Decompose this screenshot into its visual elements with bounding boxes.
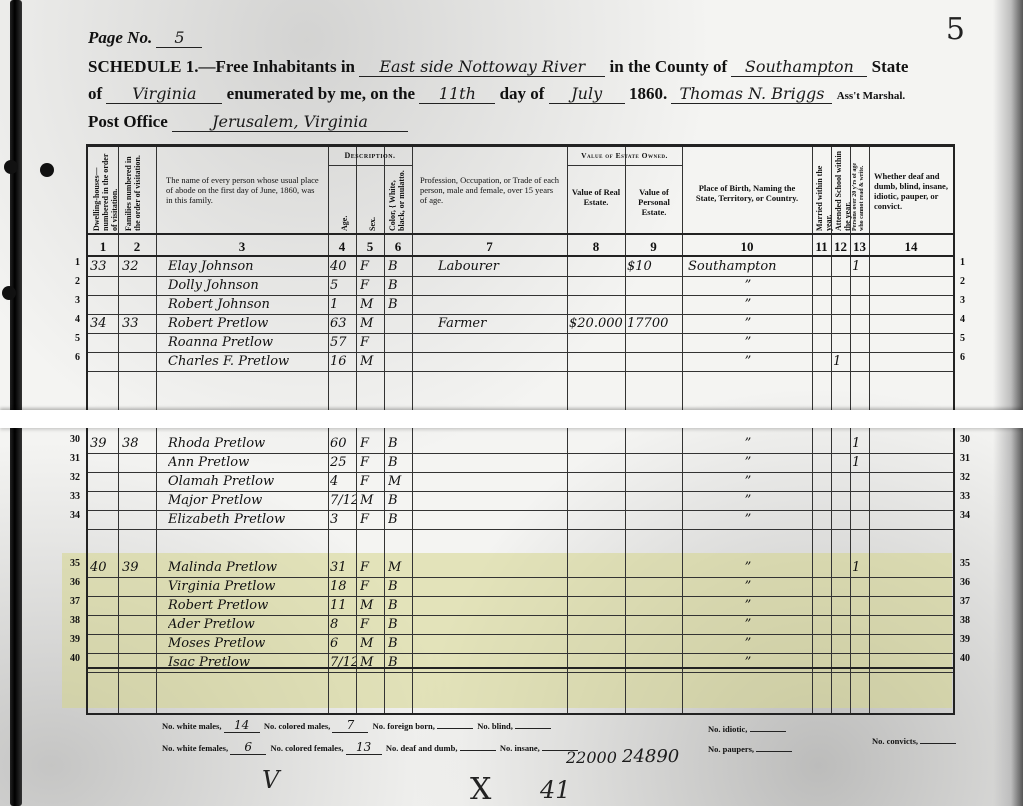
age-value: 7/12 (330, 653, 356, 672)
convicts-value (920, 743, 956, 744)
personal-estate-value (627, 276, 682, 295)
occupation-value (438, 558, 563, 577)
color-value: B (388, 596, 410, 615)
state-label: State (872, 57, 909, 76)
personal-estate-total: 24890 (622, 746, 679, 767)
paupers-line: No. paupers, (708, 744, 792, 754)
real-estate-value (569, 333, 625, 352)
header-family: Families numbered in the order of visita… (124, 153, 152, 231)
cannot-read-value (852, 577, 868, 596)
line-number-left: 4 (60, 314, 80, 325)
line-number-left: 31 (60, 453, 80, 464)
cannot-read-value (852, 276, 868, 295)
line-number-left: 6 (60, 352, 80, 363)
person-name: Virginia Pretlow (168, 577, 326, 596)
table-row: Olamah Pretlow4FM” (88, 472, 953, 491)
real-estate-value (569, 276, 625, 295)
dwelling-number (90, 653, 116, 672)
age-value: 31 (330, 558, 356, 577)
dwelling-number (90, 491, 116, 510)
color-value: B (388, 295, 410, 314)
birthplace-value: ” (688, 295, 808, 314)
deaf-blind-value (872, 472, 952, 491)
sex-value: M (360, 352, 382, 371)
age-value: 18 (330, 577, 356, 596)
personal-estate-value: 17700 (627, 314, 682, 333)
personal-estate-value (627, 434, 682, 453)
header-occupation: Profession, Occupation, or Trade of each… (420, 175, 562, 205)
corner-page-number: 5 (946, 12, 965, 47)
age-value: 7/12 (330, 491, 356, 510)
dwelling-number: 34 (90, 314, 116, 333)
married-value (814, 653, 830, 672)
personal-estate-value (627, 352, 682, 371)
table-row: Virginia Pretlow18FB” (88, 577, 953, 596)
color-value: B (388, 434, 410, 453)
line-number-left: 33 (60, 491, 80, 502)
color-value: M (388, 558, 410, 577)
sex-value: F (360, 434, 382, 453)
header-name: The name of every person whose usual pla… (166, 175, 321, 205)
age-value: 25 (330, 453, 356, 472)
cannot-read-value (852, 596, 868, 615)
personal-estate-value (627, 295, 682, 314)
married-value (814, 634, 830, 653)
age-value: 6 (330, 634, 356, 653)
header-birthplace: Place of Birth, Naming the State, Territ… (688, 183, 806, 203)
color-value (388, 314, 410, 333)
occupation-value: Farmer (438, 314, 563, 333)
table-row: Dolly Johnson5FB” (88, 276, 953, 295)
column-number: 2 (118, 239, 156, 255)
birthplace-value: ” (688, 634, 808, 653)
occupation-value (438, 653, 563, 672)
person-name: Olamah Pretlow (168, 472, 326, 491)
occupation-value: Labourer (438, 257, 563, 276)
cannot-read-value (852, 653, 868, 672)
margin-check-mark: V (262, 766, 279, 794)
column-number: 1 (88, 239, 118, 255)
color-value: M (388, 472, 410, 491)
occupation-value (438, 615, 563, 634)
married-value (814, 257, 830, 276)
line-number-left: 38 (60, 615, 80, 626)
header-cannot-read: Persons over 20 y'rs of age who cannot r… (852, 151, 868, 231)
table-row: Major Pretlow7/12MB” (88, 491, 953, 510)
school-value (833, 314, 849, 333)
cannot-read-value: 1 (852, 453, 868, 472)
sex-value: F (360, 577, 382, 596)
page-no-label: Page No. (88, 28, 152, 47)
post-office-value: Jerusalem, Virginia (172, 112, 408, 132)
idiotic-value (750, 731, 786, 732)
day-of-label: day of (500, 84, 545, 103)
line-number-right: 40 (960, 653, 980, 664)
paupers-value (756, 751, 792, 752)
real-estate-value (569, 653, 625, 672)
white-females-value: 6 (230, 740, 266, 755)
occupation-value (438, 352, 563, 371)
family-number (122, 653, 154, 672)
column-number: 7 (412, 239, 567, 255)
schedule-label: SCHEDULE 1.—Free Inhabitants in (88, 57, 355, 76)
line-number-left: 30 (60, 434, 80, 445)
convicts-line: No. convicts, (872, 736, 956, 746)
sex-value: F (360, 333, 382, 352)
line-number-right: 32 (960, 472, 980, 483)
birthplace-value: ” (688, 352, 808, 371)
person-name: Robert Pretlow (168, 314, 326, 333)
footer-line-2: No. white females, 6 No. colored females… (162, 740, 578, 755)
sex-value: M (360, 634, 382, 653)
birthplace-value: ” (688, 434, 808, 453)
column-number: 13 (850, 239, 869, 255)
married-value (814, 558, 830, 577)
family-number (122, 634, 154, 653)
school-value: 1 (833, 352, 849, 371)
occupation-value (438, 491, 563, 510)
school-value (833, 491, 849, 510)
header-married: Married within the year. (815, 151, 829, 231)
white-males-value: 14 (224, 718, 260, 733)
personal-estate-value (627, 558, 682, 577)
enumeration-line: of Virginia enumerated by me, on the 11t… (88, 84, 905, 104)
idiotic-line: No. idiotic, (708, 724, 786, 734)
deaf-blind-value (872, 510, 952, 529)
schedule-line: SCHEDULE 1.—Free Inhabitants in East sid… (88, 57, 908, 77)
person-name: Rhoda Pretlow (168, 434, 326, 453)
birthplace-value: ” (688, 276, 808, 295)
punch-hole (40, 163, 54, 177)
person-name: Elizabeth Pretlow (168, 510, 326, 529)
family-number (122, 333, 154, 352)
school-value (833, 577, 849, 596)
family-number (122, 295, 154, 314)
birthplace-value: ” (688, 491, 808, 510)
deaf-blind-value (872, 257, 952, 276)
occupation-value (438, 276, 563, 295)
color-value: B (388, 276, 410, 295)
family-number (122, 453, 154, 472)
sex-value: F (360, 558, 382, 577)
header-real-estate: Value of Real Estate. (570, 187, 622, 207)
sex-value: M (360, 314, 382, 333)
page-number-line: Page No. 5 (88, 28, 202, 48)
cannot-read-value (852, 634, 868, 653)
dwelling-number (90, 615, 116, 634)
occupation-value (438, 510, 563, 529)
column-number: 5 (356, 239, 384, 255)
married-value (814, 295, 830, 314)
birthplace-value: ” (688, 314, 808, 333)
school-value (833, 558, 849, 577)
married-value (814, 276, 830, 295)
personal-estate-value (627, 472, 682, 491)
marshal-name: Thomas N. Briggs (671, 84, 832, 104)
table-row: Elizabeth Pretlow3FB” (88, 510, 953, 529)
margin-tally-mark: 41 (540, 776, 571, 804)
person-name: Ader Pretlow (168, 615, 326, 634)
table-row: Roanna Pretlow57F” (88, 333, 953, 352)
header-deaf-blind: Whether deaf and dumb, blind, insane, id… (874, 171, 950, 211)
age-value: 4 (330, 472, 356, 491)
age-value: 40 (330, 257, 356, 276)
line-number-right: 5 (960, 333, 980, 344)
real-estate-value (569, 257, 625, 276)
line-number-right: 30 (960, 434, 980, 445)
column-number: 8 (567, 239, 625, 255)
person-name: Elay Johnson (168, 257, 326, 276)
person-name: Dolly Johnson (168, 276, 326, 295)
person-name: Robert Johnson (168, 295, 326, 314)
real-estate-value (569, 295, 625, 314)
line-number-right: 31 (960, 453, 980, 464)
month-value: July (549, 84, 625, 104)
cannot-read-value (852, 472, 868, 491)
column-number: 3 (156, 239, 328, 255)
real-estate-value (569, 634, 625, 653)
punch-hole (2, 286, 16, 300)
school-value (833, 634, 849, 653)
school-value (833, 615, 849, 634)
family-number (122, 577, 154, 596)
school-value (833, 295, 849, 314)
line-number-right: 37 (960, 596, 980, 607)
dwelling-number (90, 333, 116, 352)
header-school: Attended School within the year. (834, 151, 848, 231)
table-row: Ader Pretlow8FB” (88, 615, 953, 634)
real-estate-value (569, 577, 625, 596)
deaf-blind-value (872, 352, 952, 371)
school-value (833, 257, 849, 276)
census-table: Dwelling-houses—numbered in the order of… (86, 144, 955, 715)
header-age: Age. (340, 209, 349, 231)
cannot-read-value (852, 352, 868, 371)
year-value: 1860. (629, 84, 667, 103)
column-number: 10 (682, 239, 812, 255)
married-value (814, 615, 830, 634)
dwelling-number (90, 472, 116, 491)
real-estate-value (569, 558, 625, 577)
cannot-read-value (852, 295, 868, 314)
real-estate-total: 22000 (566, 748, 617, 767)
line-number-left: 5 (60, 333, 80, 344)
column-number: 6 (384, 239, 412, 255)
married-value (814, 314, 830, 333)
married-value (814, 352, 830, 371)
margin-x-mark: X (470, 772, 491, 806)
line-number-left: 36 (60, 577, 80, 588)
header-dwelling: Dwelling-houses—numbered in the order of… (92, 153, 116, 231)
birthplace-value: ” (688, 510, 808, 529)
dwelling-number (90, 276, 116, 295)
line-number-right: 6 (960, 352, 980, 363)
sex-value: F (360, 615, 382, 634)
cannot-read-value (852, 314, 868, 333)
line-number-right: 34 (960, 510, 980, 521)
state-value: Virginia (106, 84, 222, 104)
married-value (814, 453, 830, 472)
page-edge (993, 0, 1023, 806)
color-value: B (388, 634, 410, 653)
age-value: 63 (330, 314, 356, 333)
deaf-blind-value (872, 491, 952, 510)
personal-estate-value (627, 596, 682, 615)
header-color: Color, { White, black, or mulatto. (388, 169, 410, 231)
color-value: B (388, 653, 410, 672)
line-number-right: 4 (960, 314, 980, 325)
married-value (814, 434, 830, 453)
line-number-right: 39 (960, 634, 980, 645)
county-value: Southampton (731, 57, 867, 77)
color-value (388, 352, 410, 371)
cannot-read-value (852, 333, 868, 352)
deaf-blind-value (872, 653, 952, 672)
person-name: Moses Pretlow (168, 634, 326, 653)
deaf-blind-value (872, 453, 952, 472)
age-value: 3 (330, 510, 356, 529)
cannot-read-value: 1 (852, 257, 868, 276)
footer-line-1: No. white males, 14 No. colored males, 7… (162, 718, 551, 733)
dwelling-number (90, 453, 116, 472)
column-number: 12 (831, 239, 850, 255)
age-value: 8 (330, 615, 356, 634)
line-number-left: 35 (60, 558, 80, 569)
post-office-label: Post Office (88, 112, 168, 131)
table-row: Robert Pretlow11MB” (88, 596, 953, 615)
birthplace-value: ” (688, 558, 808, 577)
sex-value: F (360, 276, 382, 295)
deaf-blind-value (872, 333, 952, 352)
line-number-left: 40 (60, 653, 80, 664)
school-value (833, 596, 849, 615)
column-number: 9 (625, 239, 682, 255)
birthplace-value: ” (688, 453, 808, 472)
sex-value: M (360, 295, 382, 314)
table-row: Robert Johnson1MB” (88, 295, 953, 314)
personal-estate-value (627, 577, 682, 596)
dwelling-number (90, 596, 116, 615)
person-name: Ann Pretlow (168, 453, 326, 472)
color-value: B (388, 453, 410, 472)
personal-estate-value (627, 510, 682, 529)
day-value: 11th (419, 84, 495, 104)
cannot-read-value (852, 510, 868, 529)
person-name: Malinda Pretlow (168, 558, 326, 577)
family-number: 39 (122, 558, 154, 577)
occupation-value (438, 333, 563, 352)
table-row: 3938Rhoda Pretlow60FB”1 (88, 434, 953, 453)
birthplace-value: ” (688, 615, 808, 634)
family-number (122, 596, 154, 615)
married-value (814, 491, 830, 510)
cannot-read-value (852, 491, 868, 510)
color-value (388, 333, 410, 352)
deaf-blind-value (872, 434, 952, 453)
line-number-left: 37 (60, 596, 80, 607)
header-description: Description. (328, 151, 412, 161)
sex-value: F (360, 453, 382, 472)
married-value (814, 472, 830, 491)
cannot-read-value: 1 (852, 434, 868, 453)
school-value (833, 276, 849, 295)
person-name: Isac Pretlow (168, 653, 326, 672)
family-number: 33 (122, 314, 154, 333)
deaf-blind-value (872, 558, 952, 577)
table-row: Isac Pretlow7/12MB” (88, 653, 953, 672)
line-number-right: 35 (960, 558, 980, 569)
line-number-left: 3 (60, 295, 80, 306)
personal-estate-value (627, 333, 682, 352)
family-number: 32 (122, 257, 154, 276)
enumerated-label: enumerated by me, on the (227, 84, 415, 103)
sex-value: M (360, 653, 382, 672)
real-estate-value (569, 596, 625, 615)
line-number-left: 1 (60, 257, 80, 268)
dwelling-number (90, 352, 116, 371)
deaf-blind-value (872, 577, 952, 596)
occupation-value (438, 634, 563, 653)
dwelling-number (90, 634, 116, 653)
age-value: 1 (330, 295, 356, 314)
deaf-dumb-value (460, 750, 496, 751)
line-number-right: 1 (960, 257, 980, 268)
birthplace-value: ” (688, 333, 808, 352)
county-label: in the County of (610, 57, 728, 76)
personal-estate-value: $10 (627, 257, 682, 276)
age-value: 16 (330, 352, 356, 371)
table-row: 4039Malinda Pretlow31FM”1 (88, 558, 953, 577)
page-binding (10, 0, 22, 806)
real-estate-value (569, 453, 625, 472)
real-estate-value (569, 615, 625, 634)
personal-estate-value (627, 615, 682, 634)
dwelling-number: 40 (90, 558, 116, 577)
line-number-right: 33 (960, 491, 980, 502)
table-row: Ann Pretlow25FB”1 (88, 453, 953, 472)
family-number (122, 472, 154, 491)
blind-value (515, 728, 551, 729)
dwelling-number (90, 295, 116, 314)
occupation-value (438, 577, 563, 596)
birthplace-value: ” (688, 653, 808, 672)
line-number-right: 38 (960, 615, 980, 626)
family-number (122, 491, 154, 510)
family-number (122, 276, 154, 295)
real-estate-value (569, 352, 625, 371)
real-estate-value (569, 510, 625, 529)
dwelling-number (90, 510, 116, 529)
deaf-blind-value (872, 634, 952, 653)
color-value: B (388, 510, 410, 529)
real-estate-value: $20.000 (569, 314, 625, 333)
post-office-line: Post Office Jerusalem, Virginia (88, 112, 408, 132)
occupation-value (438, 295, 563, 314)
deaf-blind-value (872, 295, 952, 314)
age-value: 11 (330, 596, 356, 615)
married-value (814, 577, 830, 596)
deaf-blind-value (872, 615, 952, 634)
header-estate: Value of Estate Owned. (567, 151, 682, 161)
birthplace-value: ” (688, 472, 808, 491)
line-number-left: 34 (60, 510, 80, 521)
dwelling-number (90, 577, 116, 596)
school-value (833, 472, 849, 491)
table-row: Charles F. Pretlow16M”1 (88, 352, 953, 371)
line-number-right: 3 (960, 295, 980, 306)
page-tear-gap (0, 410, 1023, 428)
district-value: East side Nottoway River (359, 57, 605, 77)
